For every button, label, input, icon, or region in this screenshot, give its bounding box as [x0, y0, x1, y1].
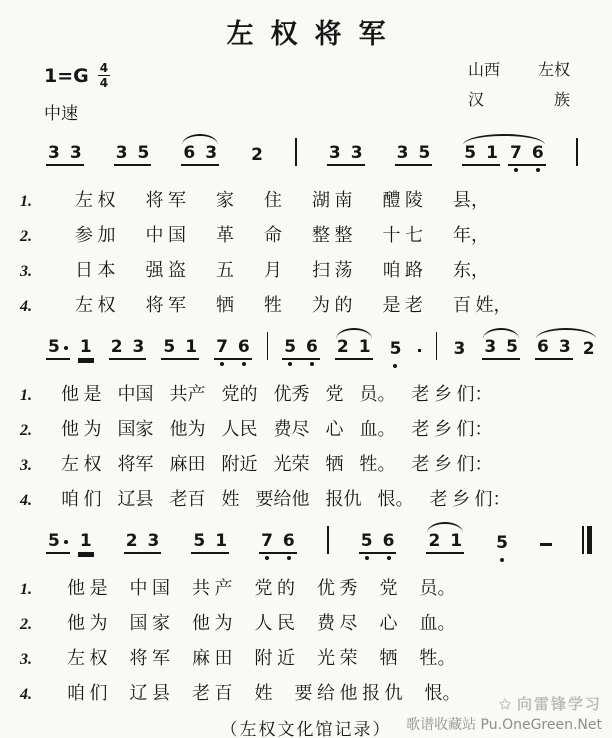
barline	[295, 138, 297, 166]
note-digit: 1	[486, 145, 498, 162]
augmentation-dot	[64, 540, 68, 544]
beam-unit: 5	[494, 535, 510, 554]
note: 3	[351, 145, 363, 162]
note-digit: 6	[537, 339, 549, 356]
lyric-row: 3.左 权将军麻田附近光荣牺牲。老 乡 们：	[20, 450, 612, 476]
barline	[327, 526, 329, 554]
note-digit: 5	[48, 533, 60, 550]
note-group: 51	[46, 327, 94, 360]
lyric-segment: 牺	[326, 450, 344, 476]
note: 3	[116, 145, 128, 162]
note-digit: 3	[205, 145, 217, 162]
origin-county: 左权	[538, 57, 570, 80]
beam-unit: 2	[249, 147, 265, 166]
lyric-segment: 是 老	[383, 291, 424, 317]
note: 5	[361, 533, 373, 550]
note-digit: 3	[484, 339, 496, 356]
note: 6	[306, 339, 318, 356]
time-signature-denominator: 4	[98, 76, 110, 90]
note-digit: 6	[306, 339, 318, 356]
lyric-segment: 他 为	[192, 609, 233, 635]
beam-unit: 5	[388, 341, 404, 360]
verse-number: 2.	[20, 422, 45, 440]
note: 6	[532, 145, 544, 162]
note: 6	[283, 533, 295, 550]
note-group: 51	[161, 327, 199, 360]
note-group: 21	[426, 521, 464, 554]
note-digit: 1	[450, 533, 462, 550]
lyric-segment: 住	[264, 186, 282, 212]
note-digit: 5	[138, 145, 150, 162]
note-group: 5176	[462, 133, 545, 166]
note: 5	[48, 533, 68, 550]
note: 3	[148, 533, 160, 550]
note: 5	[506, 339, 518, 356]
note-digit: 5	[163, 339, 175, 356]
note: 2	[428, 533, 440, 550]
note: 5	[48, 339, 68, 356]
lyric-segment: 附近	[222, 450, 258, 476]
lyric-segment: 党	[326, 380, 344, 406]
lyric-segment: 老百	[170, 485, 206, 511]
note-group: 5	[494, 523, 510, 554]
lyric-segment: 将军	[118, 450, 154, 476]
beam-unit: 35	[395, 145, 433, 166]
low-octave-dot	[288, 362, 292, 366]
beam-unit: 56	[282, 339, 320, 360]
low-octave-dot	[514, 168, 518, 172]
lyric-row: 3.左 权将 军麻 田附 近光 荣牺牲。	[20, 644, 612, 670]
note: 1	[359, 339, 371, 356]
verse-number: 4.	[20, 298, 45, 316]
note-digit: 5	[464, 145, 476, 162]
note-digit: 6	[183, 145, 195, 162]
lyric-segment: 家	[216, 186, 234, 212]
lyric-segment: 他 为	[67, 609, 108, 635]
note-digit: 3	[351, 145, 363, 162]
note-digit: 2	[337, 339, 349, 356]
beam-unit: 21	[426, 533, 464, 554]
note-digit: 3	[148, 533, 160, 550]
low-octave-dot	[365, 556, 369, 560]
music-line-3: 5123517656215	[46, 521, 612, 554]
lyric-segment: 将 军	[130, 644, 171, 670]
lyric-section-3: 1.他 是中 国共 产党 的优 秀党员。2.他 为国 家他 为人 民费 尽心血。…	[0, 574, 612, 705]
note-group: 5	[388, 329, 404, 360]
note-digit: 7	[510, 145, 522, 162]
low-octave-dot	[220, 362, 224, 366]
beam-unit: 51	[191, 533, 229, 554]
note: 5	[464, 145, 476, 162]
beam-unit: 3	[451, 341, 467, 360]
lyric-segment: 牺	[380, 644, 398, 670]
note-digit: 5	[496, 535, 508, 552]
note-group: 33	[46, 133, 84, 166]
lyric-segment: 醴 陵	[383, 186, 424, 212]
note: 2	[111, 339, 123, 356]
note-digit: 5	[390, 341, 402, 358]
note: 5	[390, 341, 402, 358]
lyric-segment: 咱 们	[61, 485, 102, 511]
lyric-segment: 老 百	[192, 679, 233, 705]
note-digit: 5	[284, 339, 296, 356]
lyric-segment: 党 的	[255, 574, 296, 600]
lyric-row: 4.左 权将 军牺牲为 的是 老百 姓，	[20, 291, 612, 317]
lyric-segment: 左 权	[75, 291, 116, 317]
note-group: 63	[181, 133, 219, 166]
note-group: 35	[114, 133, 152, 166]
lyric-segment: 要 给 他 报 仇	[295, 679, 403, 705]
note: 6	[537, 339, 549, 356]
note-digit: 2	[126, 533, 138, 550]
lyric-segment: 他为	[170, 415, 206, 441]
verse-number: 1.	[20, 193, 45, 211]
note-digit: 5	[506, 339, 518, 356]
note-group: 35	[395, 133, 433, 166]
lyric-segment: 牲	[264, 291, 282, 317]
lyric-segment: 恨。	[378, 485, 414, 511]
lyric-segment: 牲。	[360, 450, 396, 476]
watermark: ✩向雷锋学习 歌谱收藏站 Pu.OneGreen.Net	[406, 696, 602, 734]
note-digit: 6	[383, 533, 395, 550]
lyric-segment: 他 是	[61, 380, 102, 406]
music-line-2: 5123517656215335632	[46, 327, 612, 360]
lyric-segment: 人民	[222, 415, 258, 441]
beam-unit: 5	[46, 339, 70, 360]
note: 3	[133, 339, 145, 356]
verse-number: 1.	[20, 581, 45, 599]
ethnicity-label-left: 汉	[468, 87, 484, 110]
note: 5	[163, 339, 175, 356]
lyric-segment: 强 盗	[146, 256, 187, 282]
note: 3	[329, 145, 341, 162]
lyric-segment: 为 的	[312, 291, 353, 317]
augmentation-dot	[64, 346, 68, 350]
watermark-site: 歌谱收藏站 Pu.OneGreen.Net	[406, 716, 602, 734]
beam-unit: 35	[482, 339, 520, 360]
lyric-segment: 辽县	[118, 485, 154, 511]
lyric-segment: 共 产	[192, 574, 233, 600]
note: 3	[397, 145, 409, 162]
lyric-segment: 五	[216, 256, 234, 282]
final-barline	[582, 526, 592, 554]
lyric-segment: 咱 们	[67, 679, 108, 705]
note-digit: 2	[111, 339, 123, 356]
lyric-segment: 咱 路	[383, 256, 424, 282]
note: 7	[216, 339, 228, 356]
note: 6	[238, 339, 250, 356]
lyric-section-1: 1.左 权将 军家住湖 南醴 陵县，2.参 加中 国革命整 整十 七年，3.日 …	[0, 186, 612, 317]
low-octave-dot	[387, 556, 391, 560]
lyric-segment: 心	[380, 609, 398, 635]
beam-unit: 51	[161, 339, 199, 360]
note-group: 33	[327, 133, 365, 166]
lyric-segment: 费 尽	[317, 609, 358, 635]
lyric-segment: 革	[216, 221, 234, 247]
lyric-segment: 国 家	[130, 609, 171, 635]
lyric-segment: 国家	[118, 415, 154, 441]
note-digit: 3	[329, 145, 341, 162]
note-group: 76	[214, 327, 252, 360]
lyric-section-2: 1.他 是中国共产党的优秀党员。老 乡 们：2.他 为国家他为人民费尽心血。老 …	[0, 380, 612, 511]
low-octave-dot	[536, 168, 540, 172]
lyric-segment: 人 民	[255, 609, 296, 635]
lyric-segment: 月	[264, 256, 282, 282]
note: 5	[284, 339, 296, 356]
beam-unit: 76	[214, 339, 252, 360]
low-octave-dot	[242, 362, 246, 366]
verse-number: 2.	[20, 616, 45, 634]
note-digit: 3	[397, 145, 409, 162]
lyric-segment: 牺	[216, 291, 234, 317]
lyric-segment: 党的	[222, 380, 258, 406]
note-digit: 3	[70, 145, 82, 162]
barline-thin	[582, 526, 584, 554]
verse-number: 3.	[20, 651, 45, 669]
note: 7	[510, 145, 522, 162]
beam-unit: 35	[114, 145, 152, 166]
note-group: 51	[191, 521, 229, 554]
low-octave-dot	[287, 556, 291, 560]
lyric-segment: 共产	[170, 380, 206, 406]
lyric-segment: 附 近	[255, 644, 296, 670]
note: 2	[337, 339, 349, 356]
lyric-segment: 十 七	[383, 221, 424, 247]
note: 3	[484, 339, 496, 356]
note: 6	[383, 533, 395, 550]
lyric-segment: 老 乡 们：	[430, 485, 511, 511]
lyric-segment: 员。	[360, 380, 396, 406]
lyric-segment: 将 军	[146, 291, 187, 317]
note: 5	[418, 145, 430, 162]
note: 2	[583, 341, 595, 358]
note-digit: 6	[532, 145, 544, 162]
note-group: 51	[46, 521, 94, 554]
note: 3	[205, 145, 217, 162]
beam-unit: 5	[46, 533, 70, 554]
note-group: 21	[335, 327, 373, 360]
note-digit: 1	[80, 533, 92, 550]
note: 7	[261, 533, 273, 550]
low-octave-dot	[393, 364, 397, 368]
note: 1	[486, 145, 498, 162]
note: 1	[215, 533, 227, 550]
barline	[576, 138, 578, 166]
note-digit: 7	[216, 339, 228, 356]
note: 3	[70, 145, 82, 162]
note: 5	[138, 145, 150, 162]
note-group: 23	[109, 327, 147, 360]
lyric-segment: 麻 田	[192, 644, 233, 670]
note-digit: 5	[193, 533, 205, 550]
sustain-dash	[418, 349, 421, 352]
note: 1	[450, 533, 462, 550]
watermark-slogan-text: 向雷锋学习	[517, 697, 602, 713]
lyric-row: 1.左 权将 军家住湖 南醴 陵县，	[20, 186, 612, 212]
watermark-slogan: ✩向雷锋学习	[406, 696, 602, 716]
barline-thick	[587, 526, 592, 554]
lyric-segment: 左 权	[67, 644, 108, 670]
lyric-segment: 辽 县	[130, 679, 171, 705]
ethnicity-label-right: 族	[554, 87, 570, 110]
note-digit: 3	[133, 339, 145, 356]
note-digit: 3	[116, 145, 128, 162]
note-digit: 1	[215, 533, 227, 550]
note: 1	[80, 533, 92, 550]
note: 1	[185, 339, 197, 356]
lyric-segment: 将 军	[146, 186, 187, 212]
beam-unit: 23	[109, 339, 147, 360]
lyric-segment: 血。	[360, 415, 396, 441]
song-title: 左权将军	[0, 0, 612, 51]
note-digit: 3	[453, 341, 465, 358]
verse-number: 4.	[20, 686, 45, 704]
star-icon: ✩	[499, 698, 513, 713]
beam-unit: 33	[327, 145, 365, 166]
lyric-row: 2.他 为国家他为人民费尽心血。老 乡 们：	[20, 415, 612, 441]
verse-number: 1.	[20, 387, 45, 405]
note-group: 35	[482, 327, 520, 360]
note-group: 632	[535, 327, 597, 360]
lyric-segment: 中 国	[146, 221, 187, 247]
lyric-segment: 血。	[420, 609, 456, 635]
lyric-segment: 光荣	[274, 450, 310, 476]
beam-unit: 63	[181, 145, 219, 166]
lyric-segment: 优秀	[274, 380, 310, 406]
note-digit: 3	[48, 145, 60, 162]
key-signature: 1=G	[44, 65, 89, 87]
note: 2	[251, 147, 263, 164]
note-digit: 2	[583, 341, 595, 358]
lyric-row: 2.他 为国 家他 为人 民费 尽心血。	[20, 609, 612, 635]
beam-unit: 76	[259, 533, 297, 554]
note: 1	[80, 339, 92, 356]
note-group: 23	[124, 521, 162, 554]
lyric-row: 1.他 是中 国共 产党 的优 秀党员。	[20, 574, 612, 600]
lyric-segment: 老 乡 们：	[412, 450, 493, 476]
lyric-segment: 老 乡 们：	[412, 415, 493, 441]
note: 5	[193, 533, 205, 550]
beam-unit: 1	[78, 339, 94, 360]
beam-unit: 2	[581, 341, 597, 360]
note-group: 2	[249, 135, 265, 166]
verse-number: 3.	[20, 457, 45, 475]
low-octave-dot	[265, 556, 269, 560]
low-octave-dot	[310, 362, 314, 366]
note-digit: 2	[428, 533, 440, 550]
note-group: 56	[282, 327, 320, 360]
lyric-segment: 报仇	[326, 485, 362, 511]
lyric-row: 4.咱 们辽县老百姓要给他报仇恨。老 乡 们：	[20, 485, 612, 511]
note-digit: 5	[48, 339, 60, 356]
note-digit: 5	[361, 533, 373, 550]
lyric-segment: 老 乡 们：	[412, 380, 493, 406]
beam-unit: 23	[124, 533, 162, 554]
lyric-segment: 左 权	[75, 186, 116, 212]
note-digit: 5	[418, 145, 430, 162]
note: 3	[559, 339, 571, 356]
beam-unit: 63	[535, 339, 573, 360]
lyric-segment: 员。	[420, 574, 456, 600]
sheet-music-page: 左权将军 1=G 4 4 中速 山西 左权 汉 族 33356323335517…	[0, 0, 612, 738]
music-line-1: 333563233355176	[46, 133, 612, 166]
lyric-segment: 命	[264, 221, 282, 247]
lyric-row: 2.参 加中 国革命整 整十 七年，	[20, 221, 612, 247]
beam-unit: 56	[359, 533, 397, 554]
lyric-row: 3.日 本强 盗五月扫 荡咱 路东，	[20, 256, 612, 282]
note-digit: 2	[251, 147, 263, 164]
lyric-segment: 年，	[453, 221, 489, 247]
time-signature-numerator: 4	[98, 61, 110, 76]
time-signature: 4 4	[98, 61, 110, 90]
lyric-segment: 湖 南	[312, 186, 353, 212]
note: 3	[453, 341, 465, 358]
lyric-segment: 优 秀	[317, 574, 358, 600]
note-digit: 7	[261, 533, 273, 550]
note-digit: 1	[359, 339, 371, 356]
lyric-segment: 百 姓，	[453, 291, 512, 317]
verse-number: 3.	[20, 263, 45, 281]
origin-block: 山西 左权 汉 族	[468, 57, 570, 117]
lyric-segment: 中国	[118, 380, 154, 406]
lyric-segment: 姓	[222, 485, 240, 511]
note: 2	[126, 533, 138, 550]
lyric-segment: 党	[380, 574, 398, 600]
note: 3	[48, 145, 60, 162]
lyric-segment: 左 权	[61, 450, 102, 476]
score-header: 1=G 4 4 中速 山西 左权 汉 族	[44, 61, 570, 123]
beam-unit: 51	[462, 145, 500, 166]
beam-unit: 76	[508, 145, 546, 166]
lyric-segment: 光 荣	[317, 644, 358, 670]
lyric-segment: 整 整	[312, 221, 353, 247]
lyric-segment: 费尽	[274, 415, 310, 441]
verse-number: 4.	[20, 492, 45, 510]
lyric-segment: 扫 荡	[312, 256, 353, 282]
note-digit: 1	[80, 339, 92, 356]
lyric-segment: 麻田	[170, 450, 206, 476]
verse-number: 2.	[20, 228, 45, 246]
note-group: 3	[451, 329, 467, 360]
lyric-segment: 他 是	[67, 574, 108, 600]
note-group: 56	[359, 521, 397, 554]
beam-unit: 21	[335, 339, 373, 360]
beam-unit: 1	[78, 533, 94, 554]
note-digit: 3	[559, 339, 571, 356]
note-group: 76	[259, 521, 297, 554]
beam-unit: 33	[46, 145, 84, 166]
lyric-segment: 县，	[453, 186, 489, 212]
low-octave-dot	[500, 558, 504, 562]
note-digit: 6	[283, 533, 295, 550]
lyric-segment: 日 本	[75, 256, 116, 282]
lyric-segment: 他 为	[61, 415, 102, 441]
note: 5	[496, 535, 508, 552]
sustain-dash	[540, 543, 552, 546]
lyric-segment: 心	[326, 415, 344, 441]
lyric-segment: 参 加	[75, 221, 116, 247]
lyric-segment: 姓	[255, 679, 273, 705]
lyric-segment: 中 国	[130, 574, 171, 600]
note-digit: 1	[185, 339, 197, 356]
note-digit: 6	[238, 339, 250, 356]
lyric-row: 1.他 是中国共产党的优秀党员。老 乡 们：	[20, 380, 612, 406]
lyric-segment: 东，	[453, 256, 489, 282]
lyric-segment: 牲。	[420, 644, 456, 670]
note: 6	[183, 145, 195, 162]
lyric-segment: 要给他	[256, 485, 310, 511]
origin-province: 山西	[468, 57, 500, 80]
